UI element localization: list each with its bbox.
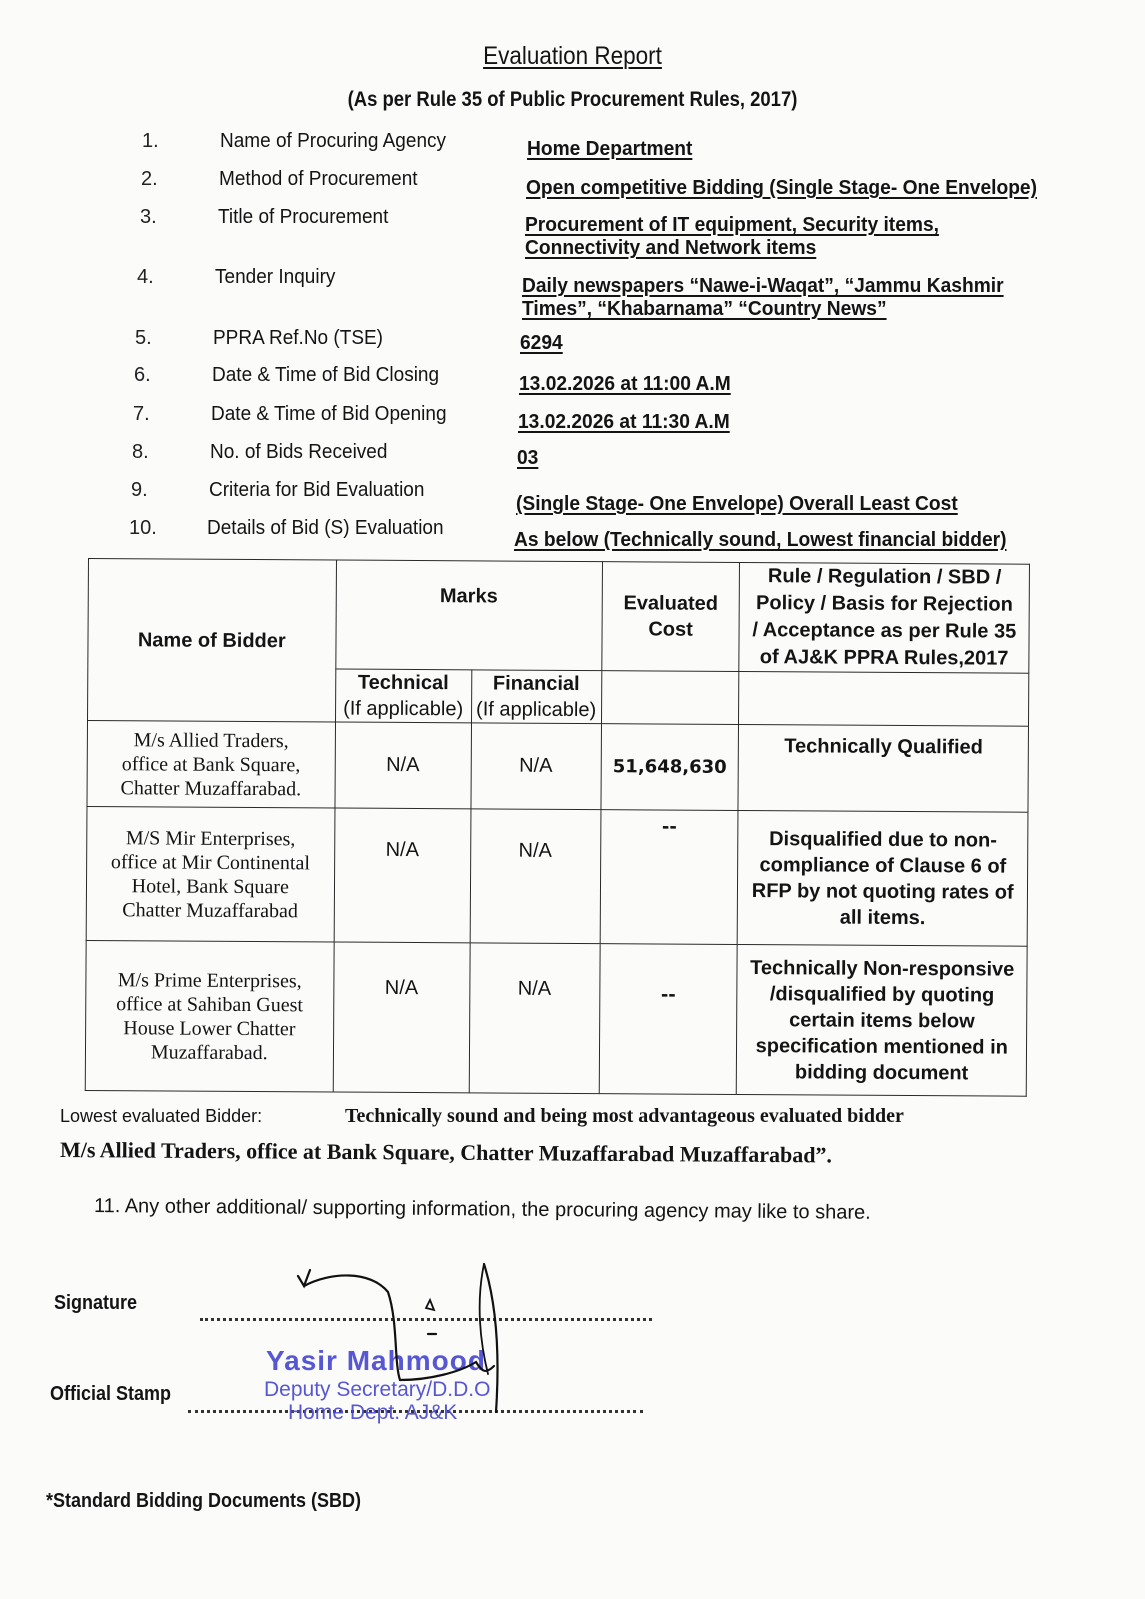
evaluation-basis: Technically Qualified [738,724,1028,812]
header-bidder-name: Name of Bidder [88,559,337,723]
info-label: Date & Time of Bid Opening [211,403,447,426]
bidder-name: M/s Allied Traders, office at Bank Squar… [87,721,335,809]
additional-information: 11. Any other additional/ supporting inf… [94,1195,871,1225]
winning-bidder: M/s Allied Traders, office at Bank Squar… [60,1137,832,1168]
info-number: 6. [134,364,174,387]
financial-marks: N/A [471,723,602,810]
handwritten-signature [290,1262,530,1422]
info-number: 5. [135,327,175,350]
lowest-bidder-statement: Lowest evaluated Bidder:Technically soun… [60,1105,904,1128]
info-number: 9. [131,479,171,502]
info-number: 2. [141,168,181,191]
info-label: PPRA Ref.No (TSE) [213,327,383,350]
info-label: Method of Procurement [219,168,418,191]
info-label: Date & Time of Bid Closing [212,364,439,387]
info-number: 7. [133,403,173,426]
report-subtitle: (As per Rule 35 of Public Procurement Ru… [69,88,1077,112]
header-basis: Rule / Regulation / SBD / Policy / Basis… [739,562,1029,673]
evaluation-basis: Disqualified due to non- compliance of C… [738,810,1028,946]
technical-marks: N/A [335,722,471,809]
info-label: Details of Bid (S) Evaluation [207,517,444,540]
info-value: 03 [517,447,538,470]
info-label: Name of Procuring Agency [220,130,446,153]
evaluated-cost: -- [600,810,739,945]
info-value: 6294 [520,332,563,355]
info-value: 13.02.2026 at 11:00 A.M [519,373,731,396]
info-value: Procurement of IT equipment, Security it… [525,214,939,260]
info-number: 4. [137,266,177,289]
table-row: M/S Mir Enterprises, office at Mir Conti… [86,806,1028,946]
bidder-name: M/s Prime Enterprises, office at Sahiban… [85,940,334,1092]
info-number: 10. [129,517,169,540]
technical-marks: N/A [334,808,471,943]
report-title: Evaluation Report [57,42,1088,71]
evaluated-cost: 51,648,630 [601,724,739,811]
info-label: Criteria for Bid Evaluation [209,479,424,502]
table-row: M/s Prime Enterprises, office at Sahiban… [85,940,1027,1096]
info-number: 1. [142,130,182,153]
lowest-bidder-label: Lowest evaluated Bidder: [60,1106,345,1127]
info-value: 13.02.2026 at 11:30 A.M [518,411,730,434]
evaluation-report-page: Evaluation Report (As per Rule 35 of Pub… [0,0,1145,1599]
technical-marks: N/A [333,942,470,1093]
evaluated-cost: -- [599,944,738,1095]
header-cost-sub [601,671,739,725]
bidder-name: M/S Mir Enterprises, office at Mir Conti… [86,806,334,942]
lowest-bidder-text: Technically sound and being most advanta… [345,1105,904,1127]
bid-evaluation-table: Name of Bidder Marks Evaluated Cost Rule… [85,558,1030,1097]
header-marks: Marks [335,560,602,671]
info-label: Title of Procurement [218,206,388,229]
info-value: Open competitive Bidding (Single Stage- … [526,177,1037,200]
info-number: 8. [132,441,172,464]
header-financial: Financial (If applicable) [471,670,601,724]
financial-marks: N/A [469,943,600,1094]
signature-label: Signature [54,1292,137,1315]
header-evaluated-cost: Evaluated Cost [601,562,740,672]
info-value: Home Department [527,138,692,161]
evaluation-basis: Technically Non-responsive /disqualified… [737,944,1027,1096]
info-label: Tender Inquiry [215,266,335,289]
financial-marks: N/A [470,809,601,944]
official-stamp-label: Official Stamp [50,1383,171,1406]
info-value: As below (Technically sound, Lowest fina… [514,529,1007,552]
info-label: No. of Bids Received [210,441,387,464]
info-number: 3. [140,206,180,229]
table-row: M/s Allied Traders, office at Bank Squar… [87,721,1029,813]
info-value: Daily newspapers “Nawe-i-Waqat”, “Jammu … [522,275,1004,321]
header-basis-sub [739,671,1029,726]
info-value: (Single Stage- One Envelope) Overall Lea… [516,493,958,516]
header-technical: Technical (If applicable) [335,669,471,723]
sbd-footnote: *Standard Bidding Documents (SBD) [46,1490,361,1513]
